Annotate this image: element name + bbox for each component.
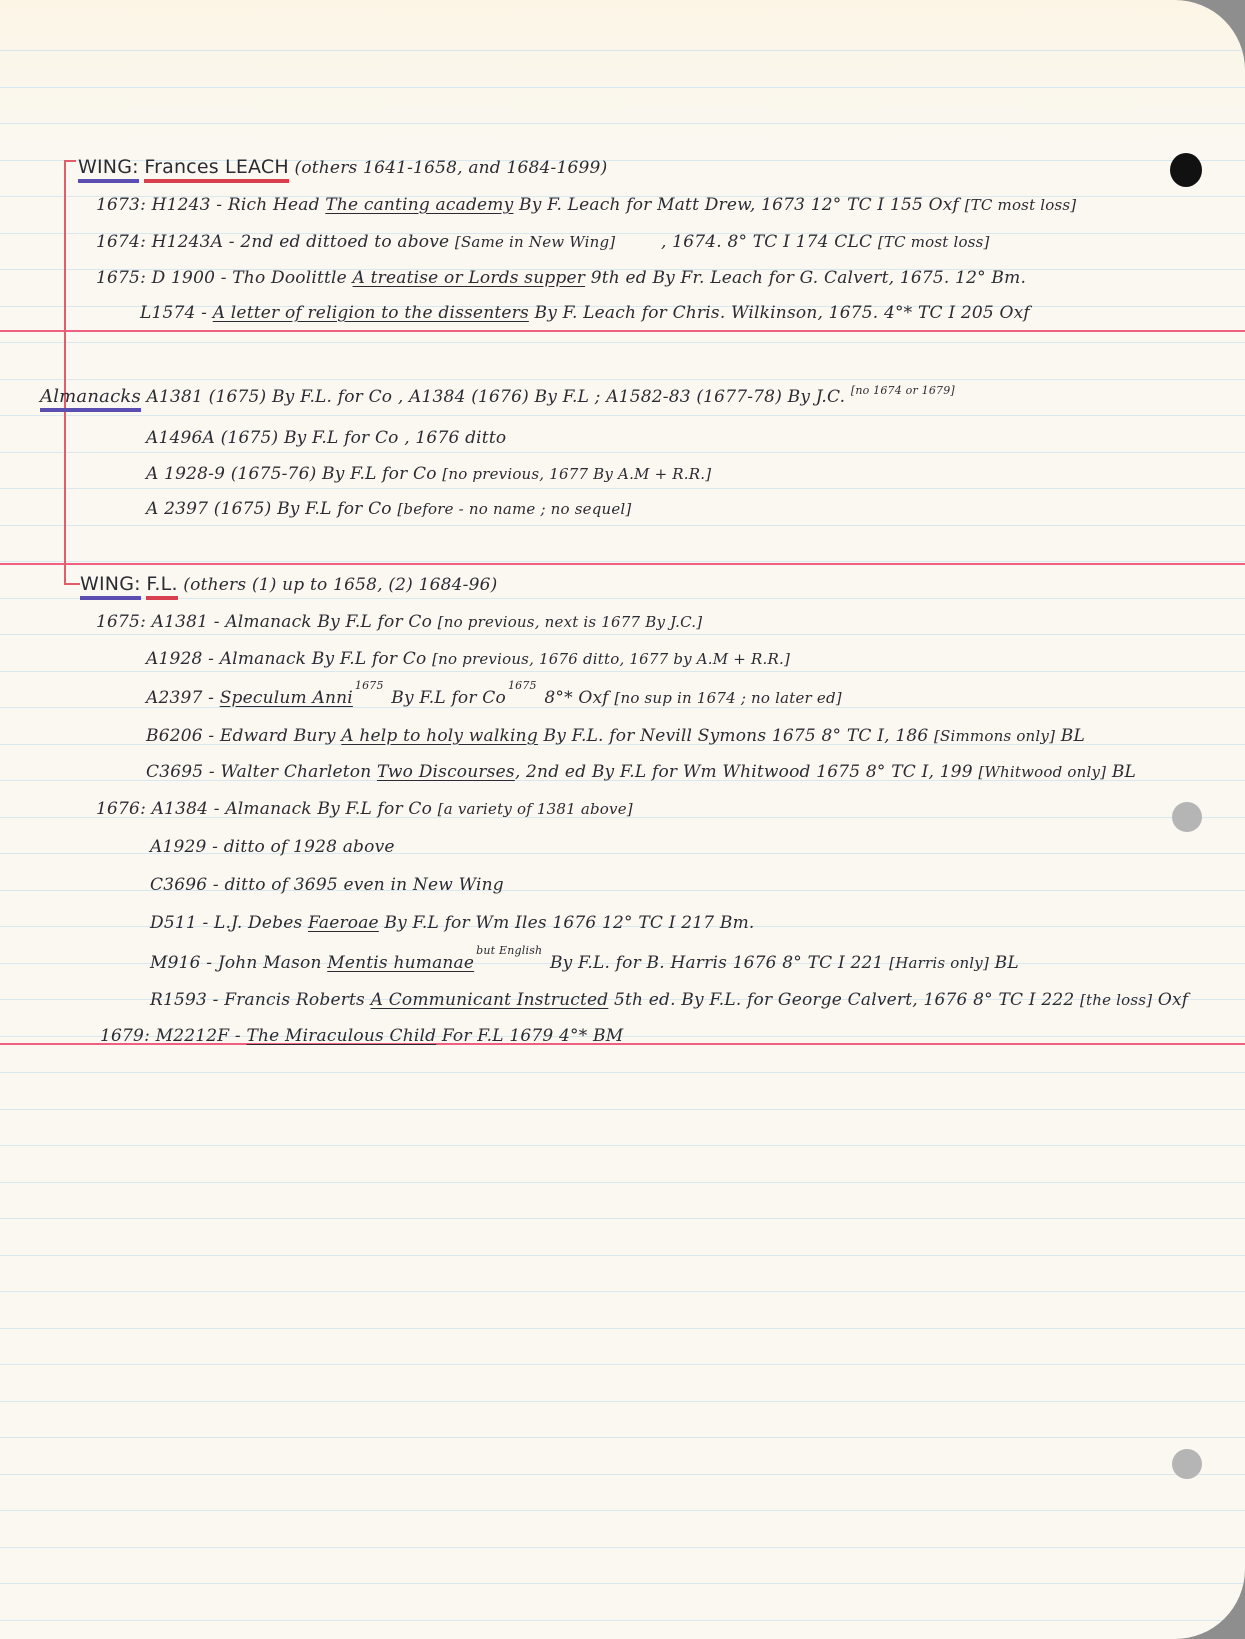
section1-name: Frances LEACH (144, 156, 289, 183)
notebook-page: WING: Frances LEACH (others 1641-1658, a… (0, 0, 1245, 1639)
entry-title: Mentis humanae (327, 953, 474, 973)
ruled-line (0, 1474, 1245, 1475)
ruled-line (0, 1072, 1245, 1073)
bracket-note: [no previous, next is 1677 By J.C.] (438, 613, 703, 631)
ruled-line (0, 1401, 1245, 1402)
bracket-note: [Same in New Wing] (455, 233, 615, 251)
punch-hole-bottom (1172, 1449, 1202, 1479)
bracket-note: [no 1674 or 1679] (851, 384, 955, 397)
section2-label: Almanacks (40, 386, 141, 412)
entry-h1243: 1673: H1243 - Rich Head The canting acad… (96, 195, 1076, 215)
entry-title: The Miraculous Child (246, 1026, 436, 1046)
entry-title: A help to holy walking (341, 726, 538, 746)
entry-title: A letter of religion to the dissenters (213, 303, 529, 323)
red-separator-line (0, 563, 1245, 565)
entry-l1574: L1574 - A letter of religion to the diss… (140, 303, 1030, 323)
ruled-line (0, 1328, 1245, 1329)
ruled-line (0, 1437, 1245, 1438)
ruled-line (0, 452, 1245, 453)
ruled-line (0, 634, 1245, 635)
entry-m916: M916 - John Mason Mentis humanaebut Engl… (150, 953, 1019, 973)
entry-c3695: C3695 - Walter Charleton Two Discourses,… (146, 762, 1136, 782)
entry-b6206: B6206 - Edward Bury A help to holy walki… (146, 726, 1085, 746)
ruled-line (0, 87, 1245, 88)
ruled-line (0, 1364, 1245, 1365)
entry-title: The canting academy (325, 195, 513, 215)
bracket-note: [a variety of 1381 above] (438, 800, 633, 818)
bracket-note: [Harris only] (889, 954, 989, 972)
section3-label: WING: (80, 573, 141, 600)
entry-title: Faeroae (308, 913, 379, 933)
ruled-line (0, 1620, 1245, 1621)
almanacks-line-4: A 2397 (1675) By F.L for Co [before - no… (146, 499, 632, 519)
section3-note: (others (1) up to 1658, (2) 1684-96) (183, 575, 497, 595)
section3-header: WING: F.L. (others (1) up to 1658, (2) 1… (80, 573, 497, 600)
ruled-line (0, 488, 1245, 489)
ruled-line (0, 1547, 1245, 1548)
entry-a1928: A1928 - Almanack By F.L for Co [no previ… (146, 649, 790, 669)
bracket-bottom-tick (64, 583, 80, 585)
punch-hole-top (1170, 153, 1202, 187)
entry-title: Two Discourses (377, 762, 515, 782)
almanacks-line-3: A 1928-9 (1675-76) By F.L for Co [no pre… (146, 464, 711, 484)
bracket-top-tick (64, 160, 76, 162)
ruled-line (0, 342, 1245, 343)
ruled-line (0, 1291, 1245, 1292)
bracket-note: [TC most loss] (878, 233, 990, 251)
entry-a1384: 1676: A1384 - Almanack By F.L for Co [a … (96, 799, 633, 819)
bracket-note: [no previous, 1677 By A.M + R.R.] (442, 465, 711, 483)
section1-header: WING: Frances LEACH (others 1641-1658, a… (78, 156, 607, 183)
bracket-note: [Simmons only] (934, 727, 1055, 745)
ruled-line (0, 1510, 1245, 1511)
ruled-line (0, 1255, 1245, 1256)
entry-title: A treatise or Lords supper (353, 268, 586, 288)
section3-name: F.L. (146, 573, 177, 600)
ruled-line (0, 1218, 1245, 1219)
bracket-note: [before - no name ; no sequel] (397, 500, 631, 518)
bracket-note: [the loss] (1080, 991, 1152, 1009)
red-separator-line (0, 330, 1245, 332)
bracket-note: [no sup in 1674 ; no later ed] (614, 689, 841, 707)
entry-m2212f: 1679: M2212F - The Miraculous Child For … (100, 1026, 623, 1046)
entry-d511: D511 - L.J. Debes Faeroae By F.L for Wm … (150, 913, 755, 933)
punch-hole-middle (1172, 802, 1202, 832)
ruled-line (0, 123, 1245, 124)
ruled-line (0, 415, 1245, 416)
almanacks-line-1: Almanacks A1381 (1675) By F.L. for Co , … (40, 386, 955, 412)
ruled-line (0, 379, 1245, 380)
ruled-line (0, 1583, 1245, 1584)
entry-title: Speculum Anni (220, 688, 353, 708)
ruled-line (0, 671, 1245, 672)
entry-a2397: A2397 - Speculum Anni1675 By F.L for Co1… (146, 688, 842, 708)
entry-title: A Communicant Instructed (371, 990, 609, 1010)
almanacks-line-2: A1496A (1675) By F.L for Co , 1676 ditto (146, 428, 506, 448)
entry-h1243a: 1674: H1243A - 2nd ed dittoed to above [… (96, 232, 990, 252)
entry-a1381: 1675: A1381 - Almanack By F.L for Co [no… (96, 612, 702, 632)
ruled-line (0, 1109, 1245, 1110)
margin-bracket (64, 160, 66, 583)
section1-note: (others 1641-1658, and 1684-1699) (294, 158, 607, 178)
ruled-line (0, 50, 1245, 51)
bracket-note: [Whitwood only] (978, 763, 1106, 781)
entry-a1929: A1929 - ditto of 1928 above (150, 837, 395, 857)
ruled-line (0, 1145, 1245, 1146)
entry-r1593: R1593 - Francis Roberts A Communicant In… (150, 990, 1188, 1010)
bracket-note: [no previous, 1676 ditto, 1677 by A.M + … (432, 650, 790, 668)
entry-c3696: C3696 - ditto of 3695 even in New Wing (150, 875, 504, 895)
ruled-line (0, 561, 1245, 562)
ruled-line (0, 525, 1245, 526)
section1-label: WING: (78, 156, 139, 183)
ruled-line (0, 1182, 1245, 1183)
bracket-note: [TC most loss] (965, 196, 1077, 214)
entry-d1900: 1675: D 1900 - Tho Doolittle A treatise … (96, 268, 1026, 288)
